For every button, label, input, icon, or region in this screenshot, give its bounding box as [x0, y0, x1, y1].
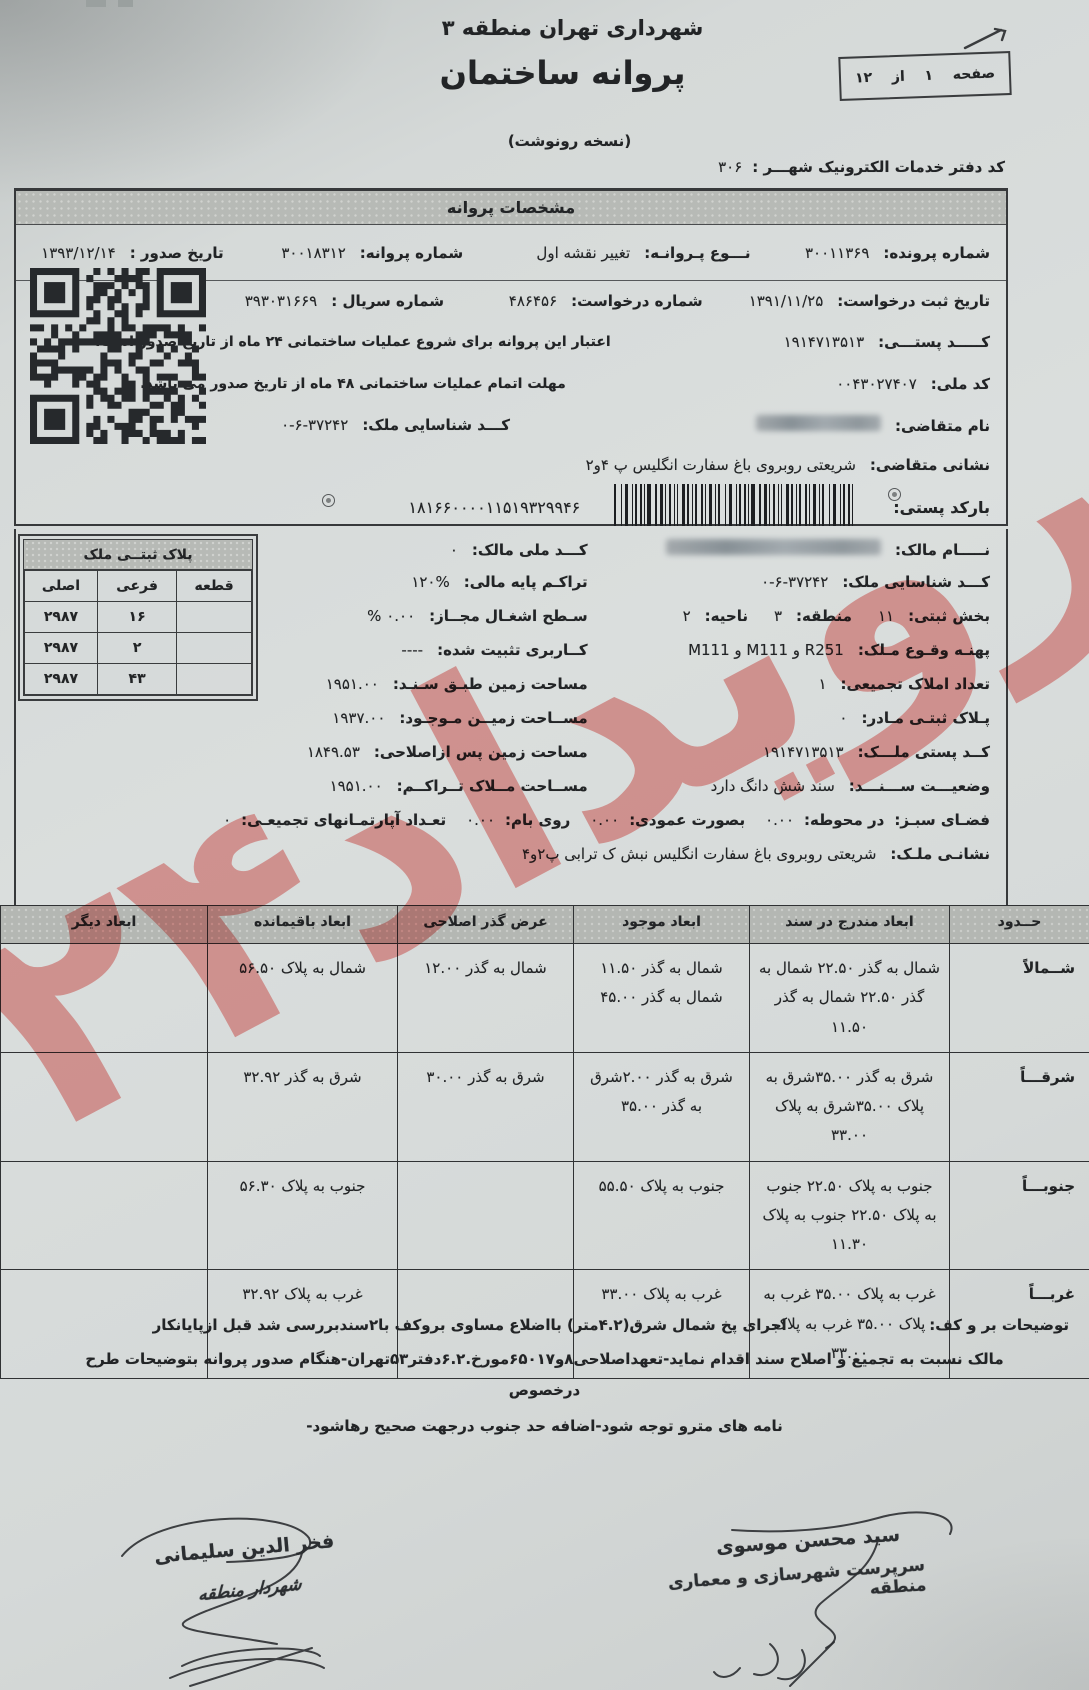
barcode-image	[614, 484, 859, 526]
permit-row-barcode: بارکد پستی: ۱۸۱۶۶۰۰۰۰۱۱۵۱۹۳۲۹۹۴۶	[16, 485, 1006, 529]
notes-line-1: اجرای پخ شمال شرق(۴.۲متر) بااضلاع مساوی …	[20, 1316, 919, 1334]
signature-block-right: سید محسن موسوی سرپرست شهرسازی و معماری م…	[620, 1492, 960, 1690]
national-id-field: کد ملی: ۰۰۴۳۰۲۷۴۰۷	[674, 375, 990, 393]
postal-code-field: کـــــد پستـــی: ۱۹۱۴۷۱۳۵۱۳	[674, 333, 990, 351]
plate-header-row: قطعه فرعی اصلی	[25, 571, 252, 602]
page-of: از	[892, 69, 905, 85]
notes-line-2: مالک نسبت به تجمیع و اصلاح سند اقدام نما…	[20, 1350, 1069, 1368]
scanned-building-permit-page: شهرداری تهران منطقه ۳ پروانه ساختمان (نس…	[0, 0, 1089, 1690]
applicant-name-field: نام متقاضی:	[756, 415, 990, 435]
col-other-dims: ابعاد دیگر	[1, 906, 208, 944]
deed-status-field: وضعیـــت ســـنـــد: سند شش دانگ دارد	[588, 777, 990, 795]
col-corridor-width: عرض گذر اصلاحی	[398, 906, 574, 944]
scan-artifact	[86, 0, 106, 7]
bounds-row-east: شرقـــاً شرق به گذر ۳۵.۰۰شرق به پلاک ۳۵.…	[1, 1052, 1089, 1161]
request-number-field: شماره درخواست: ۴۸۶۴۵۶	[444, 292, 703, 310]
col-side: حــدود	[950, 906, 1089, 944]
permit-type-field: نـــوع پـروانـه: تغییر نقشه اول	[463, 244, 750, 262]
postal-barcode-label: بارکد پستی:	[893, 498, 990, 517]
area-existing-field: مســاحت زمیــن مـوجـود: ۱۹۳۷.۰۰	[32, 709, 588, 727]
col-deed-dims: ابعاد مندرج در سند	[750, 906, 950, 944]
municipality-title: شهرداری تهران منطقه ۳	[28, 16, 1089, 40]
page-word: صفحه	[953, 66, 996, 83]
area-corrected-field: مساحت زمین پس ازاصلاحی: ۱۸۴۹.۵۳	[32, 743, 588, 761]
notes-line-3: درخصوص	[20, 1381, 1069, 1399]
permit-row-applicant-address: نشانی متقاضی: شریعتی روبروی باغ سفارت ان…	[16, 445, 1006, 485]
round-stamp-icon	[322, 494, 335, 507]
row-property-address: نشانـی ملـک: شریعتی روبروی باغ سفارت انگ…	[32, 845, 990, 879]
applicant-address-field: نشانی متقاضی: شریعتی روبروی باغ سفارت ان…	[586, 456, 990, 474]
notes-line-4: نامه های مترو توجه شود-اضافه حد جنوب درج…	[20, 1417, 1069, 1435]
row-property-postal: کــد پستی ملـــک: ۱۹۱۴۷۱۳۵۱۳ مساحت زمین …	[32, 743, 990, 777]
request-date-field: تاریخ ثبت درخواست: ۱۳۹۱/۱۱/۲۵	[703, 292, 990, 310]
signature-block-left: فخر الدین سلیمانی شهردار منطقه	[62, 1498, 362, 1688]
round-stamp-icon	[888, 488, 901, 501]
permit-specs-section-title: مشخصات پروانه	[16, 191, 1006, 225]
plate-row: ۲ ۲۹۸۷	[25, 633, 252, 664]
plate-row: ۴۳ ۲۹۸۷	[25, 664, 252, 695]
mother-plate-field: پـلاک ثبتـی مـادر: ۰	[588, 709, 990, 727]
aggregate-count-field: تعداد املاک تجمیعی: ۱	[588, 675, 990, 693]
area-density-field: مســاحت مــلاک تــراکــم: ۱۹۵۱.۰۰	[32, 777, 588, 795]
bounds-row-south: جنوبـــاً جنوب به پلاک ۲۲.۵۰ جنوب به پلا…	[1, 1161, 1089, 1270]
eservice-office-code: کد دفتر خدمات الکترونیک شهـــر : ۳۰۶	[718, 158, 1005, 176]
row-green-space: فضـای سبـز: در محوطه: ۰.۰۰ بصورت عمودی: …	[32, 811, 990, 845]
boundaries-table: حــدود ابعاد مندرج در سند ابعاد موجود عر…	[0, 905, 1089, 1379]
col-parcel: قطعه	[177, 571, 252, 602]
page-total: ۱۲	[855, 70, 873, 87]
col-remaining-dims: ابعاد باقیمانده	[208, 906, 398, 944]
property-id-field: کـــد شناسایی ملک: ۰-۶-۳۷۲۴۲	[281, 416, 510, 434]
scan-artifact	[118, 0, 133, 7]
col-existing-dims: ابعاد موجود	[574, 906, 750, 944]
permit-number-field: شماره پروانه: ۳۰۰۱۸۳۱۲	[224, 244, 464, 262]
checkmark-icon	[961, 26, 1019, 52]
document-subtitle: (نسخه رونوشت)	[25, 132, 1089, 150]
eservice-code: ۳۰۶	[718, 158, 742, 176]
issue-date-field: تاریخ صدور : ۱۳۹۳/۱۲/۱۴	[32, 244, 224, 262]
eservice-label: کد دفتر خدمات الکترونیک شهـــر :	[752, 158, 1005, 176]
bounds-row-north: شــمالاً شمال به گذر ۲۲.۵۰ شمال به گذر ۲…	[1, 944, 1089, 1053]
postal-barcode-number: ۱۸۱۶۶۰۰۰۰۱۱۵۱۹۳۲۹۹۴۶	[408, 498, 580, 517]
land-zone-field: پهنـه وقـوع مـلک: R251 و M111 و M111	[588, 641, 990, 659]
property-postal-field: کــد پستی ملـــک: ۱۹۱۴۷۱۳۵۱۳	[588, 743, 990, 761]
registry-plate-table: پلاک ثبتــی ملک قطعه فرعی اصلی ۱۶ ۲۹۸۷ ۲…	[18, 534, 258, 701]
bounds-header-row: حــدود ابعاد مندرج در سند ابعاد موجود عر…	[1, 906, 1089, 944]
row-mother-plate: پـلاک ثبتـی مـادر: ۰ مســاحت زمیــن مـوج…	[32, 709, 990, 743]
col-main: اصلی	[25, 571, 98, 602]
row-deed-status: وضعیـــت ســـنـــد: سند شش دانگ دارد مسـ…	[32, 777, 990, 811]
registry-section-field: بخش ثبتی: ۱۱ منطقه: ۳ ناحیه: ۲	[588, 607, 990, 625]
registry-plate-title: پلاک ثبتــی ملک	[24, 540, 252, 570]
file-number-field: شماره پرونده: ۳۰۰۱۱۳۶۹	[751, 244, 991, 262]
setback-notes: توضیحات بر و کف: اجرای پخ شمال شرق(۴.۲مت…	[0, 1316, 1089, 1435]
applicant-name-redacted	[756, 415, 881, 431]
qr-code	[30, 268, 206, 444]
owner-name-field: نـــــام مالک:	[588, 539, 990, 559]
plate-row: ۱۶ ۲۹۸۷	[25, 602, 252, 633]
property-address-field: نشانـی ملـک: شریعتی روبروی باغ سفارت انگ…	[522, 845, 990, 863]
owner-name-redacted	[666, 539, 881, 555]
postal-barcode	[614, 484, 859, 530]
notes-label: توضیحات بر و کف:	[929, 1316, 1069, 1334]
page-current: ۱	[924, 68, 933, 84]
page-number-box: صفحه ۱ از ۱۲	[838, 51, 1011, 101]
col-sub: فرعی	[97, 571, 176, 602]
property-id-field: کـــد شناسایی ملک: ۰-۶-۳۷۲۴۲	[588, 573, 990, 591]
